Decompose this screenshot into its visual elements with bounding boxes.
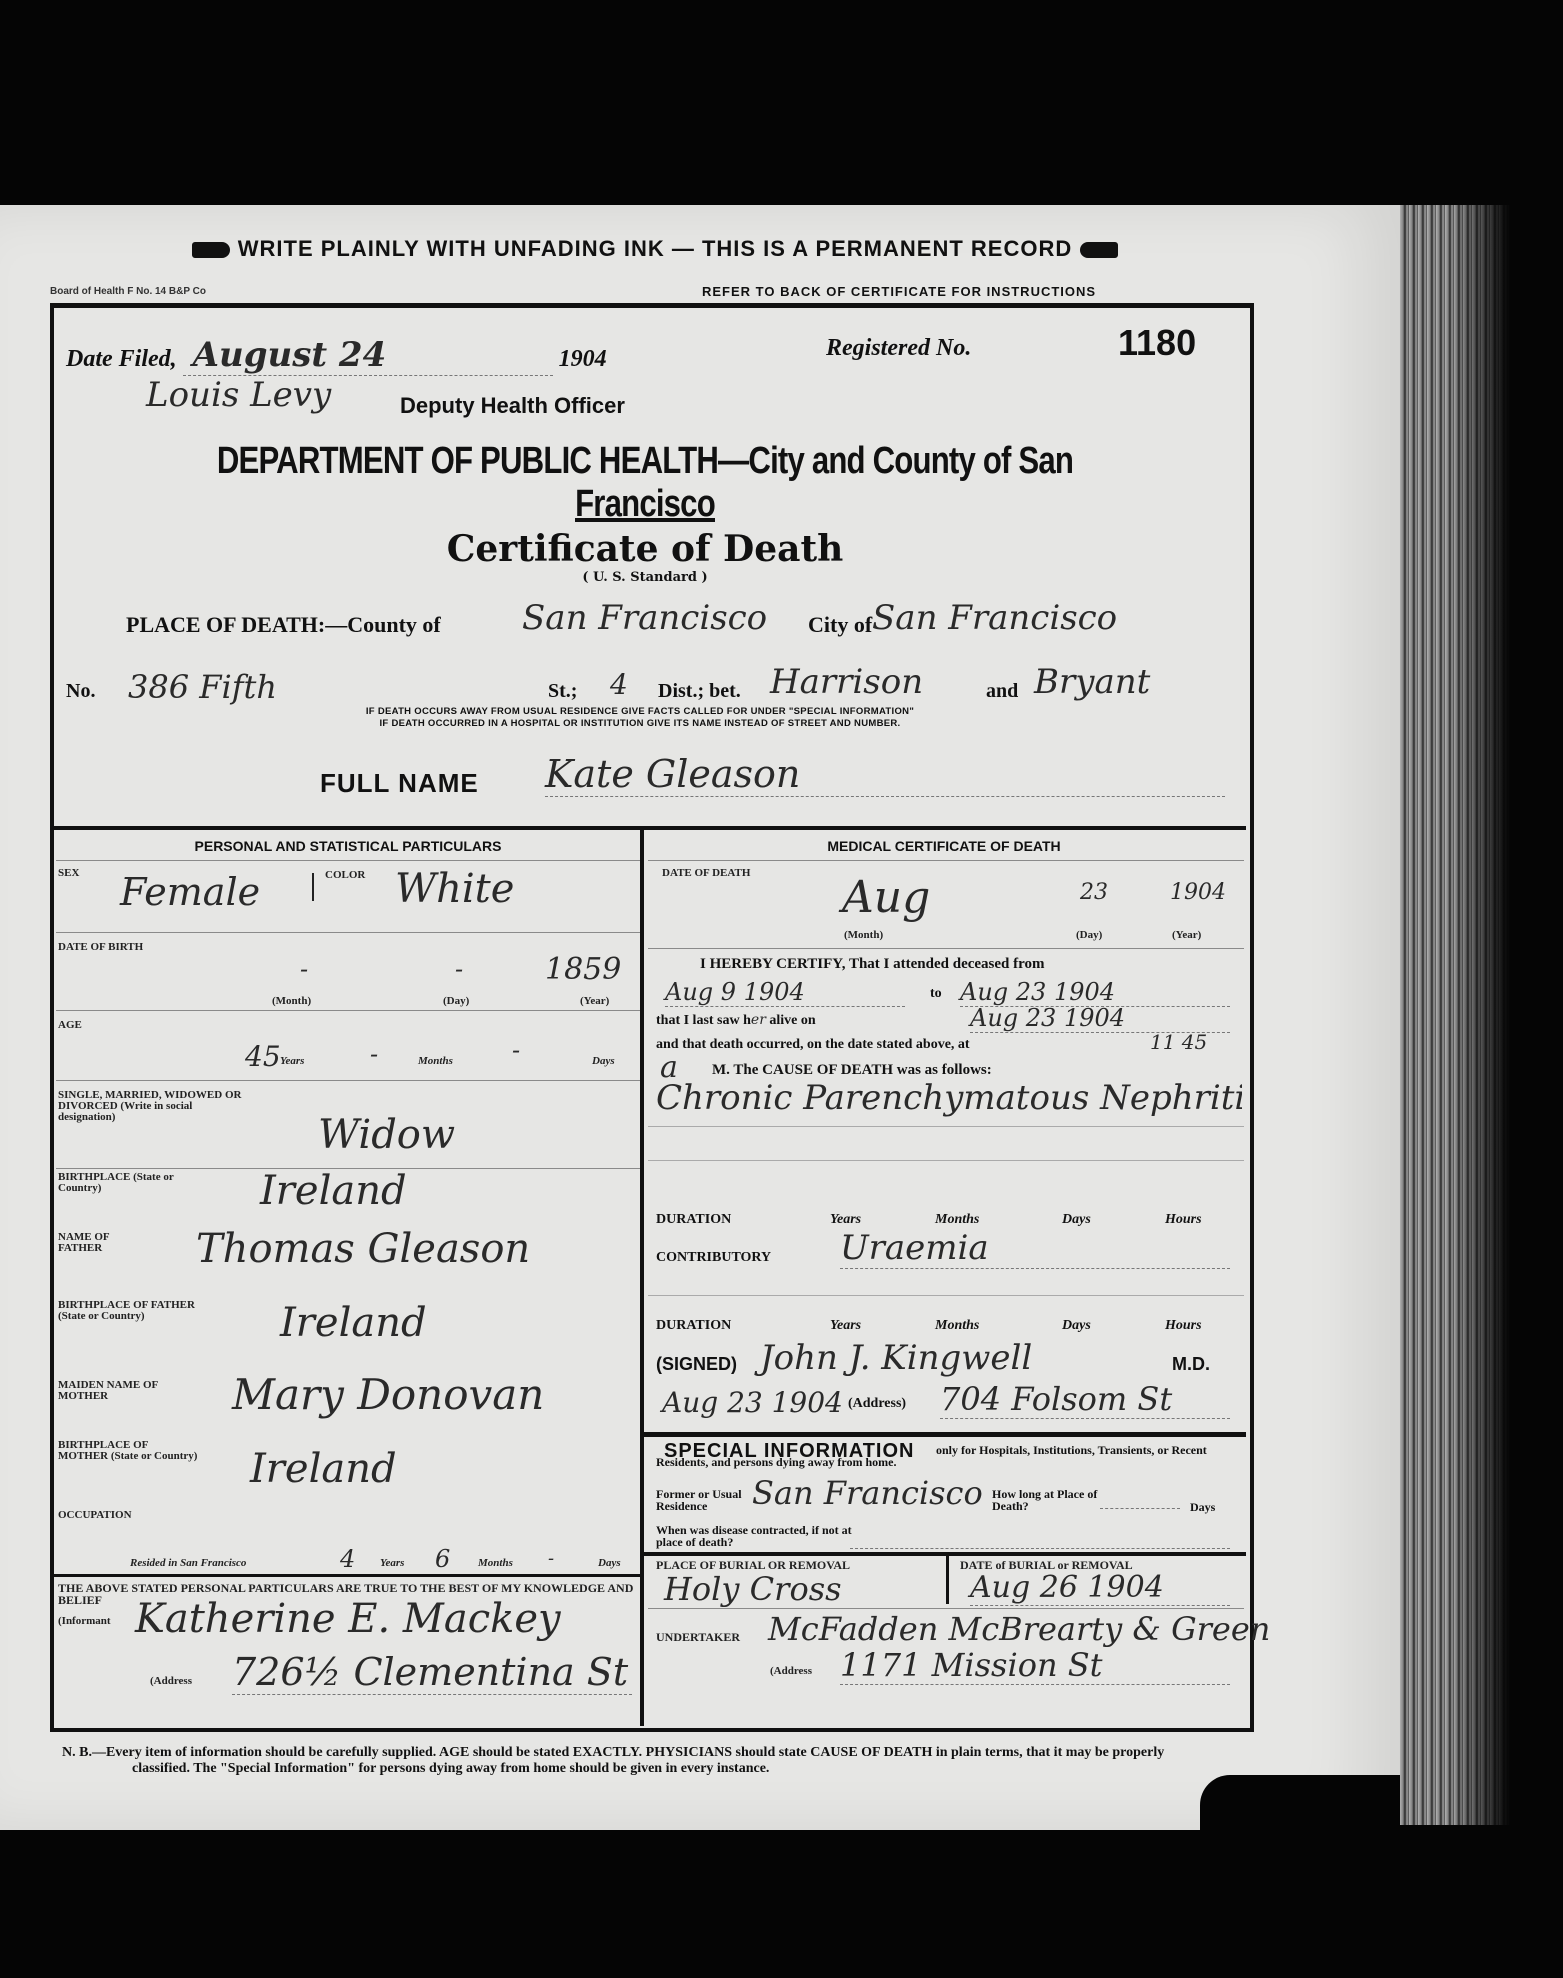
certify-text: I HEREBY CERTIFY, That I attended deceas… [700,956,1045,973]
age-months: - [370,1040,378,1068]
contracted-label: When was disease contracted, if not at p… [656,1524,856,1548]
color-label: COLOR [325,870,365,881]
duration-label-1: DURATION [656,1212,731,1228]
city-label: City of [808,612,872,638]
resided-days-caption: Days [598,1558,621,1569]
age-years: 45 [245,1040,281,1073]
father-name-label: NAME OF FATHER [58,1232,138,1254]
burial-place: Holy Cross [664,1570,842,1608]
day-caption: (Day) [443,996,469,1007]
occupation-label: OCCUPATION [58,1510,132,1521]
physician-address: 704 Folsom St [940,1380,1230,1419]
printer-note: Board of Health F No. 14 B&P Co [50,286,206,297]
place-of-death-label: PLACE OF DEATH:—County of [126,612,441,638]
district-between-label: Dist.; bet. [658,680,741,703]
death-year-caption: (Year) [1172,930,1201,941]
pointing-hand-icon [192,242,230,258]
mother-birthplace-value: Ireland [250,1446,397,1492]
physician-signature: John J. Kingwell [760,1338,1032,1378]
father-birthplace-value: Ireland [280,1300,427,1346]
informant-address: 726½ Clementina St [232,1650,632,1695]
age-label: AGE [58,1020,82,1031]
undertaker-address: 1171 Mission St [840,1646,1230,1685]
death-month-caption: (Month) [844,930,883,941]
nb-label: N. B.— [62,1745,106,1760]
title-divider [575,518,715,522]
contributory-label: CONTRIBUTORY [656,1250,771,1266]
department-title: DEPARTMENT OF PUBLIC HEALTH—City and Cou… [190,440,1100,526]
resided-label: Resided in San Francisco [130,1558,246,1569]
time-of-death: 11 45 [1150,1030,1207,1054]
special-divider [644,1432,1246,1437]
last-saw-date: Aug 23 1904 [970,1004,1230,1033]
full-name-value: Kate Gleason [545,752,1225,797]
place-note-line-1: IF DEATH OCCURS AWAY FROM USUAL RESIDENC… [200,706,1080,718]
sex-value: Female [120,870,260,914]
attended-to: Aug 23 1904 [960,978,1230,1007]
duration-label-2: DURATION [656,1318,731,1334]
death-month: Aug [842,872,930,923]
mother-birthplace-label: BIRTHPLACE OF MOTHER (State or Country) [58,1440,198,1462]
officer-title: Deputy Health Officer [400,393,625,419]
resided-years: 4 [340,1545,355,1573]
signed-label: (SIGNED) [656,1354,737,1375]
how-long-days-label: Days [1190,1500,1215,1515]
attended-from: Aug 9 1904 [665,978,905,1007]
to-label: to [930,986,942,1002]
age-years-caption: Years [280,1056,304,1067]
cause-of-death: Chronic Parenchymatous Nephritis [656,1078,1242,1118]
burial-column-divider [946,1556,949,1604]
full-name-label: FULL NAME [320,768,479,799]
mother-name-label: MAIDEN NAME OF MOTHER [58,1380,198,1402]
contributory-value: Uraemia [840,1228,1230,1269]
dob-month: - [300,955,308,983]
death-day: 23 [1080,880,1108,905]
resided-months-caption: Months [478,1558,513,1569]
last-saw-text: that I last saw her alive on [656,1012,816,1029]
duration-months-2: Months [935,1318,979,1334]
footer-note: N. B.—Every item of information should b… [62,1745,1212,1777]
undertaker-value: McFadden McBrearty & Green [768,1610,1270,1648]
dob-year: 1859 [545,952,621,987]
place-note-line-2: IF DEATH OCCURRED IN A HOSPITAL OR INSTI… [200,718,1080,730]
death-year: 1904 [1170,880,1226,905]
cause-text: M. The CAUSE OF DEATH was as follows: [712,1062,992,1079]
year-caption: (Year) [580,996,609,1007]
contracted-value [850,1538,1230,1549]
dob-label: DATE OF BIRTH [58,942,143,953]
duration-days-1: Days [1062,1212,1091,1228]
nb-text: Every item of information should be care… [106,1745,1164,1776]
burial-divider [644,1552,1246,1556]
date-filed-value: August 24 [183,335,553,376]
date-filed-label: Date Filed, [66,346,177,372]
pointing-hand-icon [1080,242,1118,258]
month-caption: (Month) [272,996,311,1007]
undertaker-label: UNDERTAKER [656,1632,740,1643]
birthplace-label: BIRTHPLACE (State or Country) [58,1172,198,1194]
registered-label: Registered No. [826,335,971,362]
informant-divider [54,1574,640,1577]
informant-label: (Informant [58,1616,111,1627]
residence-label: Former or Usual Residence [656,1488,751,1512]
and-label: and [986,680,1018,703]
instructions-note: REFER TO BACK OF CERTIFICATE FOR INSTRUC… [702,284,1096,299]
mother-name-value: Mary Donovan [232,1370,544,1419]
residence-value: San Francisco [752,1474,983,1512]
age-days-caption: Days [592,1056,615,1067]
burial-date: Aug 26 1904 [970,1570,1230,1606]
duration-years-2: Years [830,1318,861,1334]
resided-days: - [548,1548,554,1569]
father-birthplace-label: BIRTHPLACE OF FATHER (State or Country) [58,1300,198,1322]
book-page-edges [1400,205,1510,1825]
signed-date: Aug 23 1904 [662,1386,843,1419]
column-divider [640,826,644,1726]
between-street-1: Harrison [770,662,923,702]
marital-label: SINGLE, MARRIED, WIDOWED OR DIVORCED (Wr… [58,1090,248,1123]
occurred-text: and that death occurred, on the date sta… [656,1037,970,1053]
md-label: M.D. [1172,1354,1210,1375]
street-no-label: No. [66,680,95,703]
place-note: IF DEATH OCCURS AWAY FROM USUAL RESIDENC… [200,706,1080,730]
street-label: St.; [548,680,577,703]
how-long-value [1100,1496,1180,1509]
duration-days-2: Days [1062,1318,1091,1334]
how-long-label: How long at Place of Death? [992,1488,1112,1512]
between-street-2: Bryant [1034,662,1150,702]
informant-name: Katherine E. Mackey [135,1596,561,1642]
duration-months-1: Months [935,1212,979,1228]
death-day-caption: (Day) [1076,930,1102,941]
officer-signature: Louis Levy [146,375,331,415]
resided-years-caption: Years [380,1558,404,1569]
date-filed-year: 1904 [559,346,607,372]
banner-text: WRITE PLAINLY WITH UNFADING INK — THIS I… [238,236,1073,261]
sex-label: SEX [58,868,79,879]
age-months-caption: Months [418,1056,453,1067]
section-divider [54,826,1246,830]
date-filed-row: Date Filed, August 24 1904 [66,335,607,376]
street-address: 386 Fifth [128,668,277,706]
duration-years-1: Years [830,1212,861,1228]
binding-shadow [1200,1775,1400,1855]
special-subheading: only for Hospitals, Institutions, Transi… [656,1444,1236,1468]
last-saw-pronoun: er [751,1012,766,1028]
personal-heading: PERSONAL AND STATISTICAL PARTICULARS [56,838,640,854]
color-value: White [395,866,514,912]
undertaker-address-label: (Address [770,1666,812,1677]
physician-address-label: (Address) [848,1396,906,1412]
district-value: 4 [610,668,628,701]
certificate-title: Certificate of Death [400,528,890,570]
registered-number: 1180 [1118,322,1196,364]
sex-color-separator [312,873,314,901]
resided-months: 6 [435,1545,450,1573]
medical-heading: MEDICAL CERTIFICATE OF DEATH [644,838,1244,854]
marital-value: Widow [318,1112,455,1158]
age-days: - [512,1036,520,1064]
duration-hours-1: Hours [1165,1212,1202,1228]
duration-hours-2: Hours [1165,1318,1202,1334]
father-name-value: Thomas Gleason [196,1226,530,1272]
us-standard: ( U. S. Standard ) [400,570,890,585]
dob-day: - [455,955,463,983]
city-value: San Francisco [872,598,1117,638]
birthplace-value: Ireland [260,1168,407,1214]
permanent-record-banner: WRITE PLAINLY WITH UNFADING INK — THIS I… [110,236,1200,262]
county-value: San Francisco [522,598,767,638]
informant-address-label: (Address [150,1676,192,1687]
date-of-death-label: DATE OF DEATH [662,868,750,879]
